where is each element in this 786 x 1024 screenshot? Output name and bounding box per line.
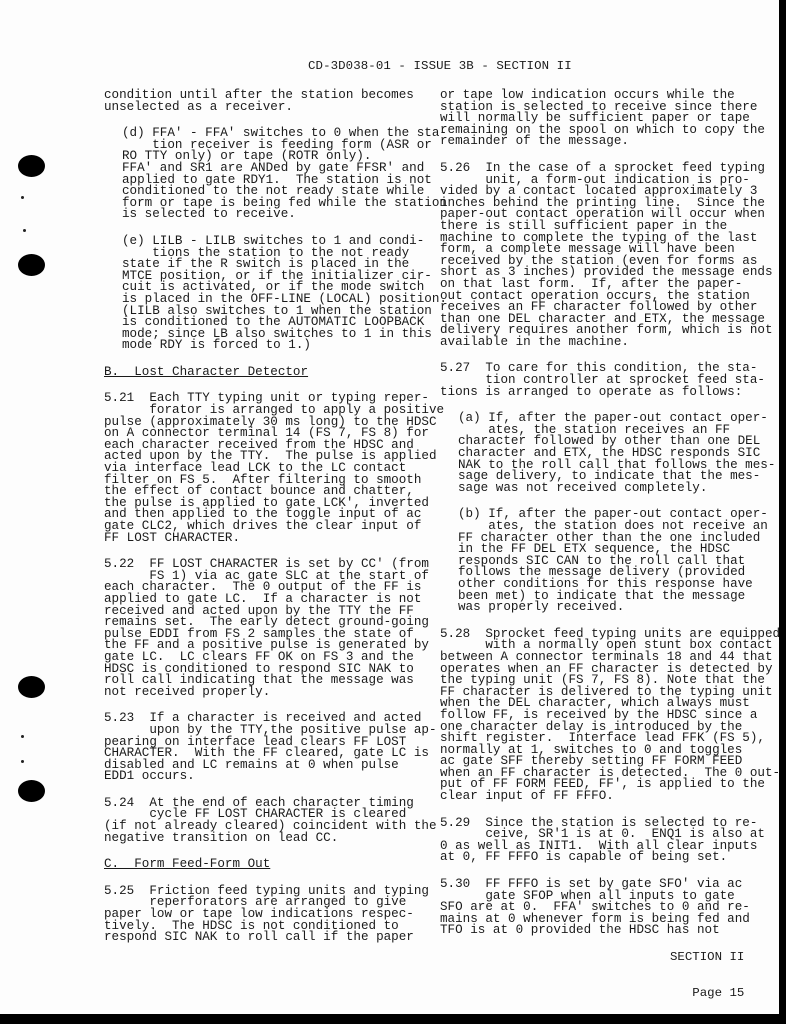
paragraph: 5.24 At the end of each character timing…: [104, 798, 434, 844]
paragraph: 5.28 Sprocket feed typing units are equi…: [440, 629, 775, 803]
paragraph: 5.23 If a character is received and acte…: [104, 713, 434, 783]
sub-paragraph: (b) If, after the paper-out contact oper…: [458, 509, 775, 613]
section-heading: B. Lost Character Detector: [104, 367, 434, 379]
paragraph: 5.22 FF LOST CHARACTER is set by CC' (fr…: [104, 559, 434, 698]
scanned-page: CD-3D038-01 - ISSUE 3B - SECTION II cond…: [0, 0, 779, 1014]
right-column: or tape low indication occurs while the …: [440, 90, 775, 952]
punch-hole: [18, 676, 45, 698]
paragraph: 5.26 In the case of a sprocket feed typi…: [440, 163, 775, 349]
scan-speck: [21, 760, 24, 763]
left-column: condition until after the station become…: [104, 90, 434, 959]
punch-hole: [18, 254, 45, 276]
page-header: CD-3D038-01 - ISSUE 3B - SECTION II: [308, 59, 572, 73]
footer-section: SECTION II: [670, 951, 744, 963]
section-heading: C. Form Feed-Form Out: [104, 859, 434, 871]
punch-hole: [18, 155, 45, 177]
punch-hole: [18, 780, 45, 802]
paragraph: 5.25 Friction feed typing units and typi…: [104, 886, 434, 944]
sub-paragraph: (e) LILB - LILB switches to 1 and condi-…: [122, 236, 434, 352]
paragraph: condition until after the station become…: [104, 90, 434, 113]
paragraph: 5.29 Since the station is selected to re…: [440, 818, 775, 864]
sub-paragraph: (d) FFA' - FFA' switches to 0 when the s…: [122, 128, 434, 221]
paragraph: or tape low indication occurs while the …: [440, 90, 775, 148]
footer-page-number: Page 15: [670, 987, 744, 999]
scan-speck: [21, 735, 24, 738]
scan-speck: [23, 229, 26, 232]
paragraph: 5.27 To care for this condition, the sta…: [440, 363, 775, 398]
paragraph: 5.21 Each TTY typing unit or typing repe…: [104, 393, 434, 544]
page-footer: SECTION II Page 15: [670, 927, 744, 1023]
sub-paragraph: (a) If, after the paper-out contact oper…: [458, 413, 775, 494]
scan-speck: [21, 196, 24, 199]
